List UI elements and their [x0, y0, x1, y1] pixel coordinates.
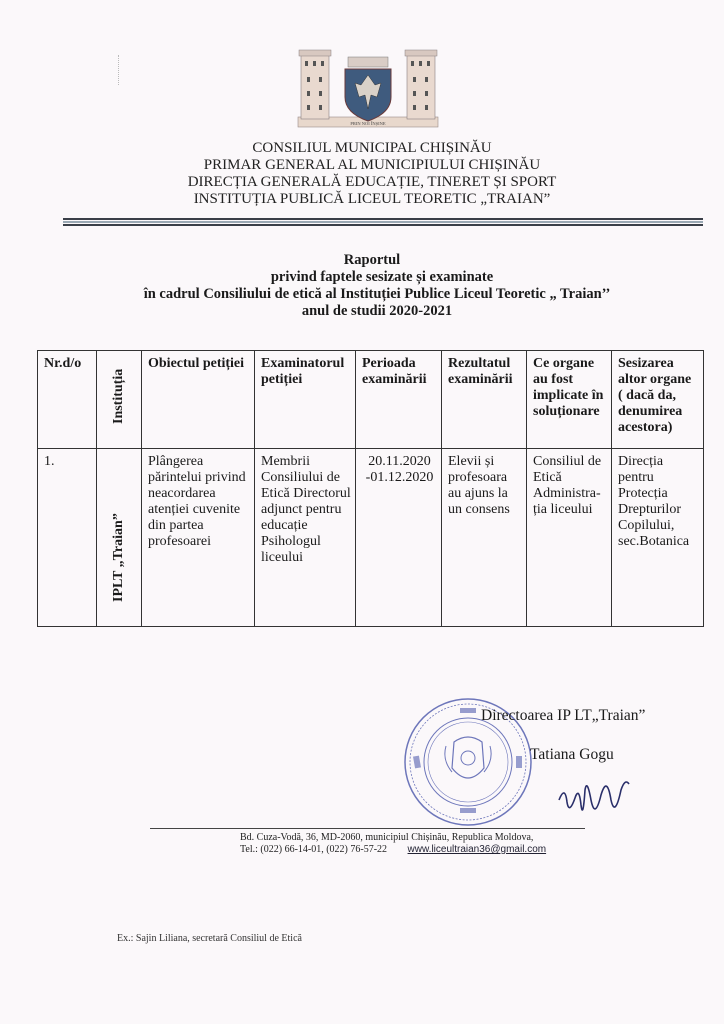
header-line-institution: INSTITUȚIA PUBLICĂ LICEUL TEORETIC „TRAI…	[0, 191, 724, 208]
col-header-sesizarea: Sesizarea altor organe ( dacă da, denumi…	[612, 351, 704, 449]
cell-examinatorul: Membrii Consiliului de Etică Directorul …	[255, 449, 356, 627]
header-line-mayor: PRIMAR GENERAL AL MUNICIPIULUI CHIȘINĂU	[0, 157, 724, 174]
col-header-obiectul: Obiectul petiției	[142, 351, 255, 449]
title-line-1: Raportul	[0, 252, 724, 269]
cell-nr: 1.	[38, 449, 97, 627]
cell-rezultatul: Elevii și profesoara au ajuns la un cons…	[442, 449, 527, 627]
cell-institutia: IPLT „Traian”	[97, 449, 142, 627]
footer-phones: Tel.: (022) 66-14-01, (022) 76-57-22	[240, 844, 387, 855]
title-line-4: anul de studii 2020-2021	[0, 303, 724, 320]
header-line-council: CONSILIUL MUNICIPAL CHIȘINĂU	[0, 140, 724, 157]
header-line-directorate: DIRECȚIA GENERALĂ EDUCAȚIE, TINERET ȘI S…	[0, 174, 724, 191]
footer-divider	[150, 828, 585, 829]
report-table: Nr.d/o Instituția Obiectul petiției Exam…	[37, 350, 704, 627]
header-divider	[63, 218, 703, 227]
executor-note: Ex.: Sajin Liliana, secretară Consiliul …	[117, 933, 302, 944]
col-header-rezultatul: Rezultatul examinării	[442, 351, 527, 449]
cell-organe: Consiliul de Etică Administra-ția liceul…	[527, 449, 612, 627]
col-header-perioada: Perioada examinării	[356, 351, 442, 449]
cell-sesizarea: Direcția pentru Protecția Drepturilor Co…	[612, 449, 704, 627]
col-header-nr: Nr.d/o	[38, 351, 97, 449]
handwritten-signature-icon	[555, 770, 635, 830]
coat-of-arms-icon: PRIN NOI ÎNȘINE	[293, 45, 443, 130]
footer-address: Bd. Cuza-Vodă, 36, MD-2060, municipiul C…	[240, 832, 546, 844]
table-row: 1. IPLT „Traian” Plângerea părintelui pr…	[38, 449, 704, 627]
col-header-examinatorul: Examinatorul petiției	[255, 351, 356, 449]
scan-artifact	[118, 55, 120, 85]
table-header-row: Nr.d/o Instituția Obiectul petiției Exam…	[38, 351, 704, 449]
col-header-institutia: Instituția	[97, 351, 142, 449]
signatory-name: Tatiana Gogu	[530, 746, 614, 764]
title-line-2: privind faptele sesizate și examinate	[0, 269, 724, 286]
report-title: Raportul privind faptele sesizate și exa…	[0, 252, 724, 320]
cell-obiectul: Plângerea părintelui privind neacordarea…	[142, 449, 255, 627]
institution-header: CONSILIUL MUNICIPAL CHIȘINĂU PRIMAR GENE…	[0, 140, 724, 208]
footer-web-link[interactable]: www.liceultraian36@gmail.com	[408, 844, 547, 855]
title-line-3: în cadrul Consiliului de etică al Instit…	[0, 286, 724, 303]
svg-text:PRIN NOI ÎNȘINE: PRIN NOI ÎNȘINE	[350, 121, 385, 126]
signatory-title: Directoarea IP LT„Traian”	[481, 707, 645, 725]
contact-footer: Bd. Cuza-Vodă, 36, MD-2060, municipiul C…	[240, 832, 546, 856]
col-header-organe: Ce organe au fost implicate în soluționa…	[527, 351, 612, 449]
cell-perioada: 20.11.2020 -01.12.2020	[356, 449, 442, 627]
